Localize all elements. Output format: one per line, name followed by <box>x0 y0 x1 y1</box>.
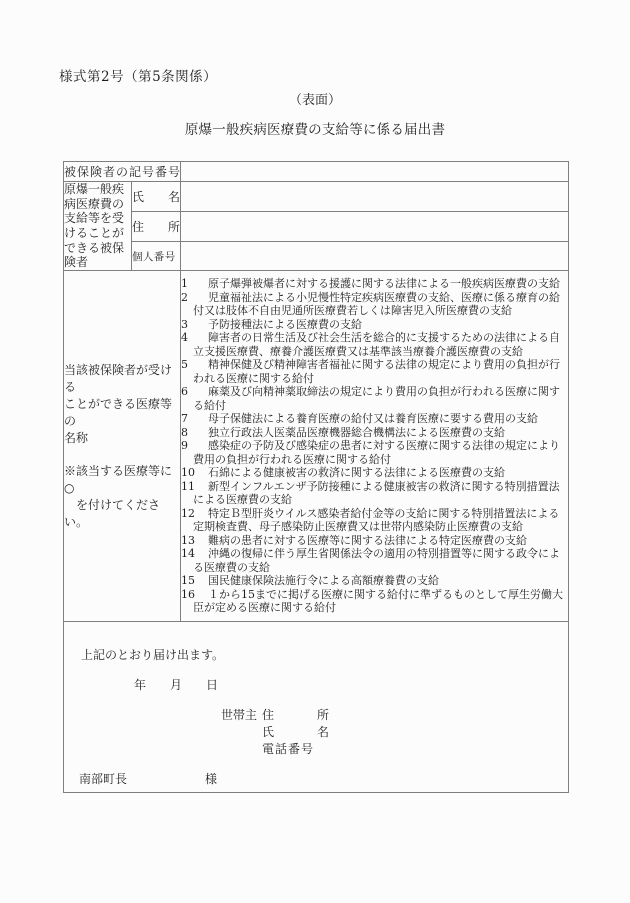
item-number: 12 <box>181 507 208 521</box>
householder-name-label: 氏 名 <box>262 724 329 741</box>
table-row: 上記のとおり届け出ます。 年 月 日 世帯主 住 所 氏 名 電話番号 南部町長… <box>64 622 569 793</box>
honorific: 様 <box>205 772 217 786</box>
table-row: 住 所 <box>64 212 569 242</box>
list-item: 1原子爆弾被爆者に対する援護に関する法律による一般疾病医療費の支給 <box>181 277 568 291</box>
item-text: １から15までに掲げる医療に関する給付に準ずるものとして厚生労働大臣が定める医療… <box>193 588 563 615</box>
item-number: 16 <box>181 588 208 602</box>
addressee-line: 南部町長様 <box>79 771 568 787</box>
item-text: 国民健康保険法施行令による高額療養費の支給 <box>208 574 439 587</box>
addressee: 南部町長 <box>79 772 127 786</box>
table-row: 被保険者の記号番号 <box>64 162 569 182</box>
date-line: 年 月 日 <box>134 677 568 693</box>
list-item: 13難病の患者に対する医療等に関する法律による特定医療費の支給 <box>181 534 568 548</box>
item-text: 麻薬及び向精神薬取締法の規定により費用の負担が行われる医療に関する給付 <box>193 385 560 412</box>
item-number: 11 <box>181 480 208 494</box>
list-item: 9感染症の予防及び感染症の患者に対する医療に関する法律の規定により費用の負担が行… <box>181 439 568 466</box>
personal-number-value-cell <box>181 242 569 271</box>
address-value-cell <box>181 212 569 242</box>
item-text: 難病の患者に対する医療等に関する法律による特定医療費の支給 <box>208 534 527 547</box>
personal-number-label: 個人番号 <box>132 242 181 271</box>
list-item: 14沖縄の復帰に伴う厚生省関係法令の適用の特別措置等に関する政令による医療費の支… <box>181 547 568 574</box>
item-number: 8 <box>181 426 208 440</box>
householder-fields: 住 所 氏 名 電話番号 <box>262 707 329 758</box>
declaration-statement: 上記のとおり届け出ます。 <box>81 647 568 663</box>
item-number: 5 <box>181 358 208 372</box>
benefit-list: 1原子爆弾被爆者に対する援護に関する法律による一般疾病医療費の支給 2児童福祉法… <box>181 271 569 622</box>
list-item: 12特定Ｂ型肝炎ウイルス感染者給付金等の支給に関する特別措置法による定期検査費、… <box>181 507 568 534</box>
item-number: 4 <box>181 331 208 345</box>
symbol-number-value-cell <box>181 162 569 182</box>
form-number: 様式第2号（第5条関係） <box>59 65 217 85</box>
item-text: 予防接種法による医療費の支給 <box>208 318 362 331</box>
medical-care-label: 当該被保険者が受ける ことができる医療等の 名称 <box>64 362 180 447</box>
symbol-number-label: 被保険者の記号番号 <box>64 162 181 182</box>
item-text: 新型インフルエンザ予防接種による健康被害の救済に関する特別措置法による医療費の支… <box>193 480 560 507</box>
medical-care-label-cell: 当該被保険者が受ける ことができる医療等の 名称 ※該当する医療等に○ を付けて… <box>64 271 181 622</box>
item-text: 母子保健法による養育医療の給付又は養育医療に要する費用の支給 <box>208 412 538 425</box>
list-item: 3予防接種法による医療費の支給 <box>181 318 568 332</box>
item-number: 1 <box>181 277 208 291</box>
list-item: 6麻薬及び向精神薬取締法の規定により費用の負担が行われる医療に関する給付 <box>181 385 568 412</box>
item-text: 精神保健及び精神障害者福祉に関する法律の規定により費用の負担が行われる医療に関す… <box>193 358 560 385</box>
eligible-insured-label: 原爆一般疾 病医療費の 支給等を受 けることが できる被保 険者 <box>64 182 132 271</box>
name-value-cell <box>181 182 569 212</box>
list-item: 15国民健康保険法施行令による高額療養費の支給 <box>181 574 568 588</box>
item-text: 児童福祉法による小児慢性特定疾病医療費の支給、医療に係る療育の給付又は肢体不自由… <box>193 291 560 318</box>
table-row: 原爆一般疾 病医療費の 支給等を受 けることが できる被保 険者 氏 名 <box>64 182 569 212</box>
householder-address-label: 住 所 <box>262 707 329 724</box>
address-label: 住 所 <box>132 212 181 242</box>
item-text: 石綿による健康被害の救済に関する法律による医療費の支給 <box>208 466 505 479</box>
item-number: 15 <box>181 574 208 588</box>
item-number: 3 <box>181 318 208 332</box>
item-number: 14 <box>181 547 208 561</box>
item-number: 7 <box>181 412 208 426</box>
item-text: 原子爆弾被爆者に対する援護に関する法律による一般疾病医療費の支給 <box>208 277 560 290</box>
surface-label: （表面） <box>0 89 630 108</box>
list-item: 2児童福祉法による小児慢性特定疾病医療費の支給、医療に係る療育の給付又は肢体不自… <box>181 291 568 318</box>
declaration-cell: 上記のとおり届け出ます。 年 月 日 世帯主 住 所 氏 名 電話番号 南部町長… <box>64 622 569 793</box>
item-number: 2 <box>181 291 208 305</box>
list-item: 11新型インフルエンザ予防接種による健康被害の救済に関する特別措置法による医療費… <box>181 480 568 507</box>
table-row: 個人番号 <box>64 242 569 271</box>
item-number: 9 <box>181 439 208 453</box>
list-item: 10石綿による健康被害の救済に関する法律による医療費の支給 <box>181 466 568 480</box>
list-item: 8独立行政法人医薬品医療機器総合機構法による医療費の支給 <box>181 426 568 440</box>
item-text: 障害者の日常生活及び社会生活を総合的に支援するための法律による自立支援医療費、療… <box>193 331 560 358</box>
page-title: 原爆一般疾病医療費の支給等に係る届出書 <box>0 118 630 138</box>
name-label: 氏 名 <box>132 182 181 212</box>
item-number: 10 <box>181 466 208 480</box>
item-text: 感染症の予防及び感染症の患者に対する医療に関する法律の規定により費用の負担が行わ… <box>193 439 560 466</box>
item-text: 特定Ｂ型肝炎ウイルス感染者給付金等の支給に関する特別措置法による定期検査費、母子… <box>193 507 559 534</box>
householder-label: 世帯主 <box>221 707 257 758</box>
item-number: 6 <box>181 385 208 399</box>
householder-block: 世帯主 住 所 氏 名 電話番号 <box>221 707 568 758</box>
list-item: 5精神保健及び精神障害者福祉に関する法律の規定により費用の負担が行われる医療に関… <box>181 358 568 385</box>
item-text: 独立行政法人医薬品医療機器総合機構法による医療費の支給 <box>208 426 505 439</box>
notification-form-table: 被保険者の記号番号 原爆一般疾 病医療費の 支給等を受 けることが できる被保 … <box>63 161 569 793</box>
list-item: 4障害者の日常生活及び社会生活を総合的に支援するための法律による自立支援医療費、… <box>181 331 568 358</box>
document-page: 様式第2号（第5条関係） （表面） 原爆一般疾病医療費の支給等に係る届出書 被保… <box>0 0 630 903</box>
phone-label: 電話番号 <box>262 741 329 758</box>
list-item: 16１から15までに掲げる医療に関する給付に準ずるものとして厚生労働大臣が定める… <box>181 588 568 615</box>
item-number: 13 <box>181 534 208 548</box>
list-item: 7母子保健法による養育医療の給付又は養育医療に要する費用の支給 <box>181 412 568 426</box>
medical-care-note: ※該当する医療等に○ を付けてください。 <box>64 463 180 531</box>
item-text: 沖縄の復帰に伴う厚生省関係法令の適用の特別措置等に関する政令による医療費の支給 <box>193 547 560 574</box>
table-row: 当該被保険者が受ける ことができる医療等の 名称 ※該当する医療等に○ を付けて… <box>64 271 569 622</box>
